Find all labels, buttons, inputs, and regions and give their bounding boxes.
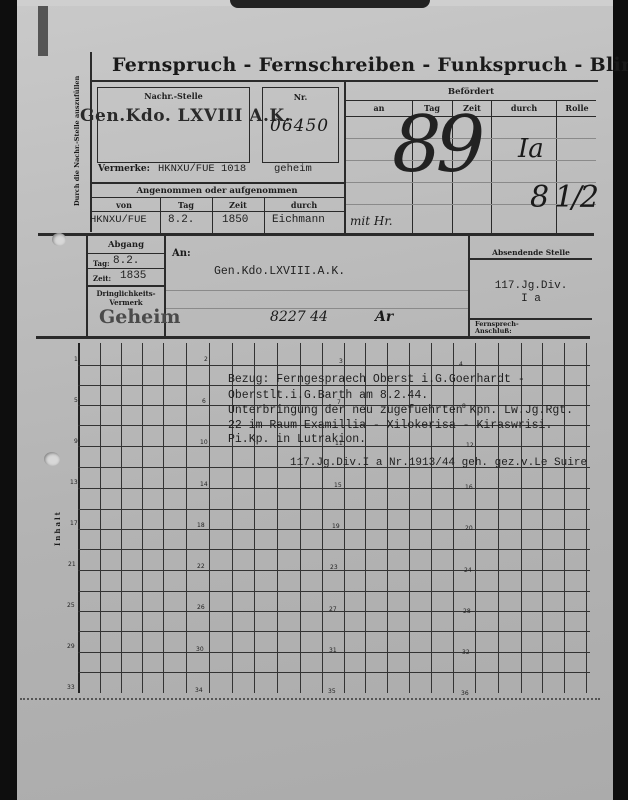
vermerke-classification: geheim xyxy=(274,163,312,175)
message-line-3: Unterbringung der neu zugefuehrten Kpn. … xyxy=(228,403,573,419)
angenommen-durch-value: Eichmann xyxy=(272,214,325,226)
angenommen-col-von: von xyxy=(88,200,160,210)
row-number: 27 xyxy=(329,606,337,613)
divider xyxy=(88,253,164,254)
row-number: 4 xyxy=(459,361,463,368)
absendende-stelle-line1: 117.Jg.Div. xyxy=(470,280,592,292)
row-number: 10 xyxy=(200,439,208,446)
an-value: Gen.Kdo.LXVIII.A.K. xyxy=(214,265,345,278)
punch-hole xyxy=(52,233,66,246)
grid-top-separator xyxy=(36,336,590,339)
row-number: 19 xyxy=(332,523,340,530)
abgang-zeit-label: Zeit: xyxy=(93,274,111,283)
row-number: 23 xyxy=(330,564,338,571)
absendende-stelle-line2: I a xyxy=(470,293,592,305)
side-label: Durch die Nachr.-Stelle auszufüllen xyxy=(73,76,81,206)
angenommen-col-durch: durch xyxy=(264,200,344,210)
message-line-1: Bezug: Ferngespraech Oberst i.G.Goerhard… xyxy=(228,372,525,388)
row-number: 29 xyxy=(67,643,75,650)
divider xyxy=(212,197,213,235)
angenommen-col-tag: Tag xyxy=(160,200,212,210)
abgang-tag-value: 8.2. xyxy=(113,255,139,267)
geheim-stamp: Geheim xyxy=(99,306,181,328)
row-number: 31 xyxy=(329,647,337,654)
handwritten-number: 89 xyxy=(392,100,479,190)
section-separator xyxy=(38,233,594,236)
divider xyxy=(90,197,344,198)
message-form: Fernspruch - Fernschreiben - Funkspruch … xyxy=(0,0,628,800)
abgang-zeit-value: 1835 xyxy=(120,270,146,282)
abgang-header: Abgang xyxy=(88,240,164,250)
row-number: 36 xyxy=(461,690,469,697)
nr-label: Nr. xyxy=(262,92,339,102)
row-number: 22 xyxy=(197,563,205,570)
divider xyxy=(88,285,164,287)
dringlichkeit-label-1: Dringlichkeits- xyxy=(88,289,164,298)
row-number: 6 xyxy=(202,398,206,405)
row-number: 14 xyxy=(200,481,208,488)
divider xyxy=(470,258,592,260)
an-initials: Ar xyxy=(375,309,393,325)
absendende-stelle-label: Absendende Stelle xyxy=(470,248,592,257)
fernsprech-label-2: Anschluß: xyxy=(475,328,512,335)
message-line-2: Oberstlt.i.G.Barth am 8.2.44. xyxy=(228,388,428,404)
befoerdert-col-durch: durch xyxy=(492,103,556,113)
handwritten-ia: Ia xyxy=(518,134,544,164)
divider xyxy=(160,197,161,235)
angenommen-tag-value: 8.2. xyxy=(168,214,194,226)
divider xyxy=(90,211,344,212)
vermerke-label: Vermerke: xyxy=(98,164,150,174)
row-number: 30 xyxy=(196,646,204,653)
angenommen-zeit-value: 1850 xyxy=(222,214,248,226)
divider xyxy=(166,290,468,291)
row-number: 26 xyxy=(197,604,205,611)
befoerdert-header: Befördert xyxy=(346,87,596,97)
row-number: 17 xyxy=(70,520,78,527)
an-handwritten-number: 8227 44 xyxy=(270,309,328,325)
angenommen-header: Angenommen oder aufgenommen xyxy=(90,186,344,196)
message-line-5: Pi.Kp. in Lutrakion. xyxy=(228,432,366,448)
row-number: 24 xyxy=(464,567,472,574)
inhalt-label: Inhalt xyxy=(53,510,62,546)
divider xyxy=(166,308,468,309)
row-number: 21 xyxy=(68,561,76,568)
nachr-stelle-label: Nachr.-Stelle xyxy=(97,91,250,101)
row-number: 33 xyxy=(67,684,75,691)
divider xyxy=(491,100,492,234)
angenommen-top xyxy=(90,182,344,184)
angenommen-col-zeit: Zeit xyxy=(212,200,264,210)
row-number: 18 xyxy=(197,522,205,529)
nr-value: 06450 xyxy=(270,116,329,136)
signature-line: 117.Jg.Div.I a Nr.1913/44 geh. gez.v.Le … xyxy=(290,456,587,472)
row-number: 16 xyxy=(465,484,473,491)
befoerdert-col-rolle: Rolle xyxy=(556,103,598,113)
handwritten-fraction: 8 1/2 xyxy=(530,180,597,215)
handwritten-note: mit Hr. xyxy=(350,214,393,228)
row-number: 13 xyxy=(70,479,78,486)
row-number: 9 xyxy=(74,438,78,445)
form-title: Fernspruch - Fernschreiben - Funkspruch … xyxy=(112,54,628,76)
perforation-line xyxy=(20,698,600,702)
row-number: 32 xyxy=(462,649,470,656)
punch-hole xyxy=(44,452,60,466)
angenommen-von-value: HKNXU/FUE xyxy=(90,214,147,226)
divider xyxy=(88,268,164,269)
vermerke-value: HKNXU/FUE 1018 xyxy=(158,163,246,175)
divider xyxy=(264,197,265,235)
row-number: 35 xyxy=(328,688,336,695)
row-number: 12 xyxy=(466,442,474,449)
row-number: 15 xyxy=(334,482,342,489)
row-number: 28 xyxy=(463,608,471,615)
row-number: 1 xyxy=(74,356,78,363)
an-label: An: xyxy=(172,248,191,259)
row-number: 25 xyxy=(67,602,75,609)
row-number: 5 xyxy=(74,397,78,404)
row-number: 20 xyxy=(465,525,473,532)
abgang-tag-label: Tag: xyxy=(93,259,110,268)
row-number: 34 xyxy=(195,687,203,694)
nachr-stelle-value: Gen.Kdo. LXVIII A.K. xyxy=(80,106,291,126)
row-number: 3 xyxy=(339,358,343,365)
row-number: 2 xyxy=(204,356,208,363)
